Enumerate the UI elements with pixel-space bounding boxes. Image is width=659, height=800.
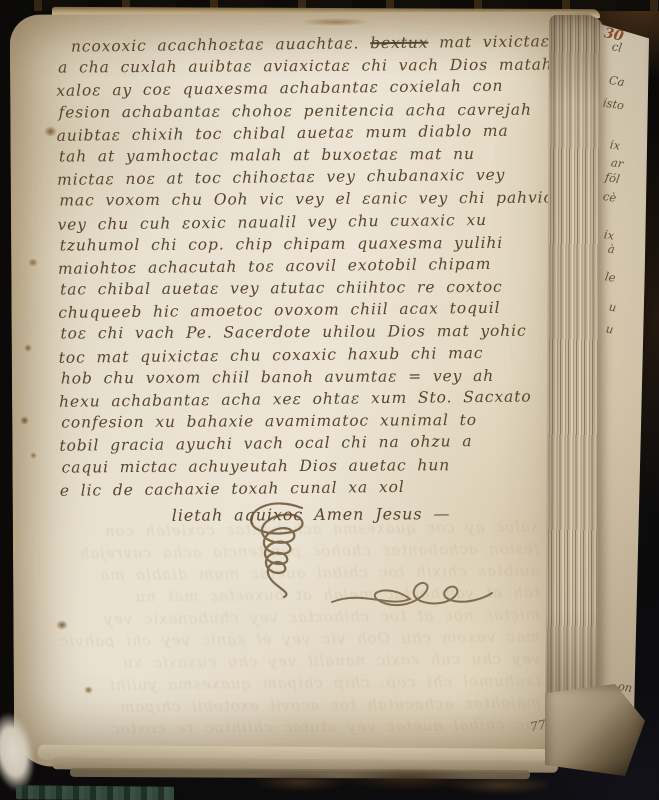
stain bbox=[28, 258, 38, 267]
edge-text-fragment: ix bbox=[609, 137, 621, 152]
spiral-flourish-doodle bbox=[238, 500, 330, 606]
handwritten-text-block: ncoxoxic acachhoɛtaɛ auachtaɛ. bextux ma… bbox=[56, 31, 558, 528]
edge-text-fragment: le bbox=[604, 269, 617, 284]
edge-text-fragment: Ca bbox=[608, 73, 626, 89]
marbled-board-edge bbox=[16, 785, 174, 800]
edge-text-fragment: ar bbox=[610, 155, 624, 171]
stain bbox=[300, 18, 370, 26]
scribble-flourish-doodle bbox=[328, 572, 496, 616]
crossed-out-word: bextux bbox=[370, 34, 428, 53]
edge-text-fragment: fól bbox=[604, 170, 621, 186]
stain bbox=[20, 416, 29, 425]
edge-text-fragment: ix bbox=[603, 227, 615, 242]
stain bbox=[30, 452, 37, 459]
adjacent-page-sliver bbox=[597, 24, 649, 740]
edge-text-fragment: cè bbox=[602, 189, 617, 205]
stain bbox=[24, 344, 32, 352]
paper-debris bbox=[238, 768, 548, 796]
book-fore-edge bbox=[545, 15, 606, 759]
manuscript-photo: xaloɛ ay coɛ quaxesma achabantaɛ coxiela… bbox=[0, 0, 659, 800]
handwritten-line: e lic de cachaxie toxah cunal xa xol bbox=[60, 474, 558, 502]
stain bbox=[44, 126, 57, 137]
